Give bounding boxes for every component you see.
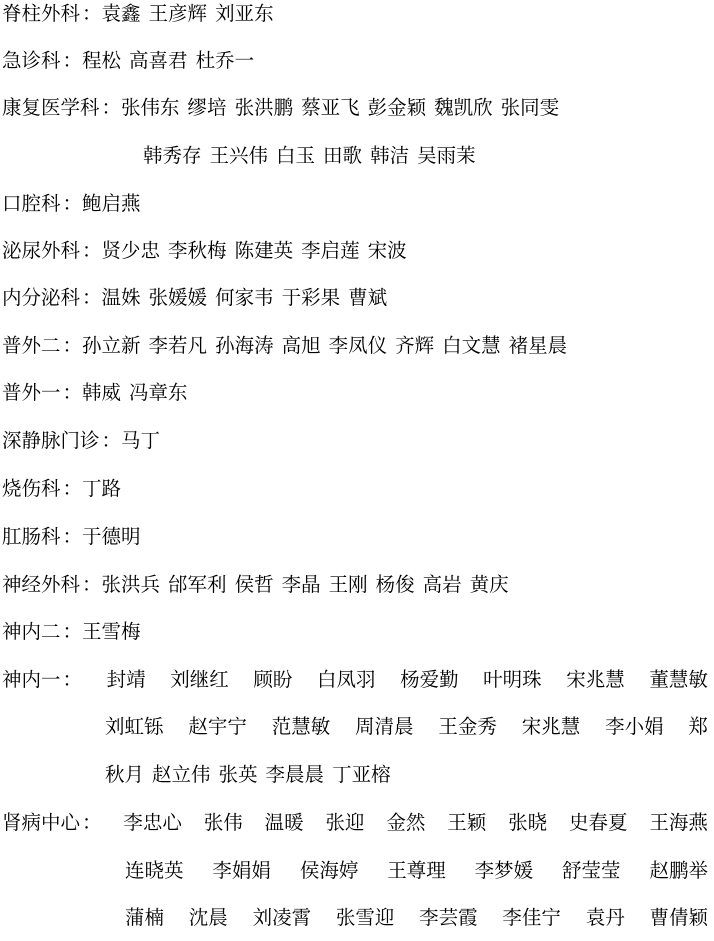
staff-name: 周清晨 — [355, 713, 414, 741]
department-label: 神内一 — [2, 666, 61, 694]
staff-name: 韩洁 — [370, 142, 409, 170]
staff-name: 赵立伟 — [152, 761, 211, 789]
staff-name: 李梦媛 — [475, 857, 534, 885]
colon: ： — [82, 237, 102, 265]
staff-name: 袁丹 — [586, 904, 625, 932]
department-heading: 脊柱外科： — [2, 0, 102, 28]
staff-name: 王金秀 — [438, 713, 497, 741]
staff-name: 高旭 — [282, 332, 321, 360]
staff-name: 杨爱勤 — [400, 666, 459, 694]
colon: ： — [63, 332, 83, 360]
staff-line: 刘虹铄赵宇宁范慧敏周清晨王金秀宋兆慧李小娟郑 — [105, 713, 708, 741]
colon: ： — [63, 618, 83, 646]
staff-name: 宋兆慧 — [522, 713, 581, 741]
staff-name: 李凤仪 — [329, 332, 388, 360]
staff-name: 叶明珠 — [483, 666, 542, 694]
staff-line: 普外二：孙立新李若凡孙海涛高旭李凤仪齐辉白文慧褚星晨 — [2, 332, 575, 360]
staff-name: 冯章东 — [129, 379, 188, 407]
staff-name: 董慧敏 — [649, 666, 708, 694]
staff-line: 口腔科：鲍启燕 — [2, 190, 149, 218]
staff-name: 白玉 — [276, 142, 315, 170]
staff-name: 褚星晨 — [509, 332, 568, 360]
staff-name: 郑 — [688, 713, 708, 741]
department-heading: 内分泌科： — [2, 284, 102, 312]
department-heading: 神内一： — [2, 666, 82, 694]
staff-name: 韩威 — [82, 379, 121, 407]
department-heading: 口腔科： — [2, 190, 82, 218]
staff-line: 深静脉门诊：马丁 — [2, 427, 168, 455]
staff-name: 李秋梅 — [168, 237, 227, 265]
staff-name: 邰军利 — [168, 571, 227, 599]
staff-name: 杨俊 — [376, 571, 415, 599]
staff-name: 刘继红 — [170, 666, 229, 694]
department-heading: 肾病中心： — [2, 809, 102, 837]
staff-name: 丁亚榕 — [332, 761, 391, 789]
staff-name: 张媛媛 — [149, 284, 208, 312]
department-heading: 神经外科： — [2, 571, 102, 599]
staff-name: 张洪兵 — [102, 571, 161, 599]
staff-name: 马丁 — [121, 427, 160, 455]
staff-name: 蒲楠 — [125, 904, 164, 932]
staff-name: 王雪梅 — [82, 618, 141, 646]
staff-name: 田歌 — [323, 142, 362, 170]
staff-name: 王刚 — [329, 571, 368, 599]
colon: ： — [63, 190, 83, 218]
staff-name: 曹斌 — [348, 284, 387, 312]
staff-name: 李忠心 — [123, 809, 182, 837]
department-heading: 急诊科： — [2, 47, 82, 75]
staff-name: 李芸霞 — [419, 904, 478, 932]
staff-name: 何家韦 — [215, 284, 274, 312]
department-label: 深静脉门诊 — [2, 427, 100, 455]
staff-line: 蒲楠沈晨刘凌霄张雪迎李芸霞李佳宁袁丹曹倩颖 — [125, 904, 708, 932]
department-heading: 普外二： — [2, 332, 82, 360]
staff-line: 急诊科：程松高喜君杜乔一 — [2, 47, 262, 75]
staff-name: 沈晨 — [189, 904, 228, 932]
staff-name: 高岩 — [423, 571, 462, 599]
colon: ： — [82, 571, 102, 599]
staff-name: 顾盼 — [253, 666, 292, 694]
staff-line: 泌尿外科：贤少忠李秋梅陈建英李启莲宋波 — [2, 237, 415, 265]
staff-name: 宋波 — [368, 237, 407, 265]
colon: ： — [82, 809, 102, 837]
staff-name: 贤少忠 — [102, 237, 161, 265]
staff-name: 王颖 — [447, 809, 486, 837]
staff-name: 缪培 — [188, 94, 227, 122]
staff-name: 史春夏 — [569, 809, 628, 837]
staff-name: 孙立新 — [82, 332, 141, 360]
colon: ： — [63, 666, 83, 694]
department-heading: 普外一： — [2, 379, 82, 407]
department-heading: 泌尿外科： — [2, 237, 102, 265]
staff-name: 李晶 — [282, 571, 321, 599]
staff-name: 于德明 — [82, 523, 141, 551]
staff-line: 普外一：韩威冯章东 — [2, 379, 196, 407]
staff-name: 鲍启燕 — [82, 190, 141, 218]
staff-name: 程松 — [82, 47, 121, 75]
staff-name: 张洪鹏 — [235, 94, 294, 122]
department-heading: 深静脉门诊： — [2, 427, 121, 455]
department-label: 脊柱外科 — [2, 0, 80, 28]
staff-name: 齐辉 — [395, 332, 434, 360]
staff-name: 魏凯欣 — [434, 94, 493, 122]
staff-name: 李晨晨 — [266, 761, 325, 789]
colon: ： — [102, 427, 122, 455]
department-label: 急诊科 — [2, 47, 61, 75]
staff-name: 王彦辉 — [149, 0, 208, 28]
colon: ： — [82, 0, 102, 28]
colon: ： — [63, 523, 83, 551]
staff-name: 刘凌霄 — [253, 904, 312, 932]
department-heading: 肛肠科： — [2, 523, 82, 551]
staff-name: 张雪迎 — [336, 904, 395, 932]
department-label: 康复医学科 — [2, 94, 100, 122]
department-label: 神经外科 — [2, 571, 80, 599]
department-label: 口腔科 — [2, 190, 61, 218]
department-label: 神内二 — [2, 618, 61, 646]
staff-line: 秋月赵立伟张英李晨晨丁亚榕 — [105, 761, 399, 789]
staff-name: 韩秀存 — [143, 142, 202, 170]
staff-line: 神经外科：张洪兵邰军利侯哲李晶王刚杨俊高岩黄庆 — [2, 571, 517, 599]
staff-name: 杜乔一 — [196, 47, 255, 75]
staff-name: 高喜君 — [129, 47, 188, 75]
staff-name: 李佳宁 — [502, 904, 561, 932]
department-label: 泌尿外科 — [2, 237, 80, 265]
staff-line: 韩秀存王兴伟白玉田歌韩洁吴雨茉 — [143, 142, 484, 170]
staff-line: 神内一：封靖刘继红顾盼白凤羽杨爱勤叶明珠宋兆慧董慧敏 — [2, 666, 708, 694]
staff-name: 宋兆慧 — [566, 666, 625, 694]
staff-name: 张伟东 — [121, 94, 180, 122]
colon: ： — [102, 94, 122, 122]
staff-line: 烧伤科：丁路 — [2, 475, 129, 503]
staff-name: 范慧敏 — [272, 713, 331, 741]
department-label: 普外一 — [2, 379, 61, 407]
staff-name: 彭金颖 — [368, 94, 427, 122]
staff-name: 刘亚东 — [215, 0, 274, 28]
staff-name: 侯哲 — [235, 571, 274, 599]
staff-name: 李小娟 — [605, 713, 664, 741]
staff-name: 李娟娟 — [212, 857, 271, 885]
staff-name: 王尊理 — [387, 857, 446, 885]
staff-name: 赵宇宁 — [188, 713, 247, 741]
staff-name: 温姝 — [102, 284, 141, 312]
staff-line: 连晓英李娟娟侯海婷王尊理李梦媛舒莹莹赵鹏举 — [125, 857, 708, 885]
staff-name: 白文慧 — [442, 332, 501, 360]
staff-name: 袁鑫 — [102, 0, 141, 28]
department-label: 肾病中心 — [2, 809, 80, 837]
staff-name: 张迎 — [326, 809, 365, 837]
staff-name: 蔡亚飞 — [301, 94, 360, 122]
staff-name: 刘虹铄 — [105, 713, 164, 741]
staff-name: 吴雨茉 — [417, 142, 476, 170]
staff-line: 肛肠科：于德明 — [2, 523, 149, 551]
colon: ： — [82, 284, 102, 312]
staff-name: 于彩果 — [282, 284, 341, 312]
staff-name: 封靖 — [107, 666, 146, 694]
staff-line: 脊柱外科：袁鑫王彦辉刘亚东 — [2, 0, 282, 28]
staff-name: 金然 — [386, 809, 425, 837]
staff-name: 张英 — [219, 761, 258, 789]
staff-name: 黄庆 — [470, 571, 509, 599]
staff-name: 白凤羽 — [317, 666, 376, 694]
staff-name: 侯海婷 — [300, 857, 359, 885]
staff-name: 陈建英 — [235, 237, 294, 265]
colon: ： — [63, 47, 83, 75]
staff-name: 温暖 — [265, 809, 304, 837]
staff-name: 王海燕 — [649, 809, 708, 837]
staff-name: 张晓 — [508, 809, 547, 837]
staff-name: 孙海涛 — [215, 332, 274, 360]
department-heading: 烧伤科： — [2, 475, 82, 503]
staff-name: 赵鹏举 — [649, 857, 708, 885]
staff-name: 李启莲 — [301, 237, 360, 265]
staff-name: 张同雯 — [501, 94, 560, 122]
department-label: 内分泌科 — [2, 284, 80, 312]
staff-line: 肾病中心：李忠心张伟温暖张迎金然王颖张晓史春夏王海燕 — [2, 809, 708, 837]
colon: ： — [63, 475, 83, 503]
department-label: 烧伤科 — [2, 475, 61, 503]
staff-name: 张伟 — [204, 809, 243, 837]
staff-name: 舒莹莹 — [562, 857, 621, 885]
department-heading: 神内二： — [2, 618, 82, 646]
staff-name: 丁路 — [82, 475, 121, 503]
staff-name: 秋月 — [105, 761, 144, 789]
staff-name: 王兴伟 — [210, 142, 269, 170]
department-heading: 康复医学科： — [2, 94, 121, 122]
staff-name: 曹倩颖 — [649, 904, 708, 932]
staff-name: 李若凡 — [149, 332, 208, 360]
staff-line: 神内二：王雪梅 — [2, 618, 149, 646]
staff-name: 连晓英 — [125, 857, 184, 885]
department-label: 普外二 — [2, 332, 61, 360]
staff-line: 康复医学科：张伟东缪培张洪鹏蔡亚飞彭金颖魏凯欣张同雯 — [2, 94, 567, 122]
staff-line: 内分泌科：温姝张媛媛何家韦于彩果曹斌 — [2, 284, 395, 312]
colon: ： — [63, 379, 83, 407]
department-label: 肛肠科 — [2, 523, 61, 551]
